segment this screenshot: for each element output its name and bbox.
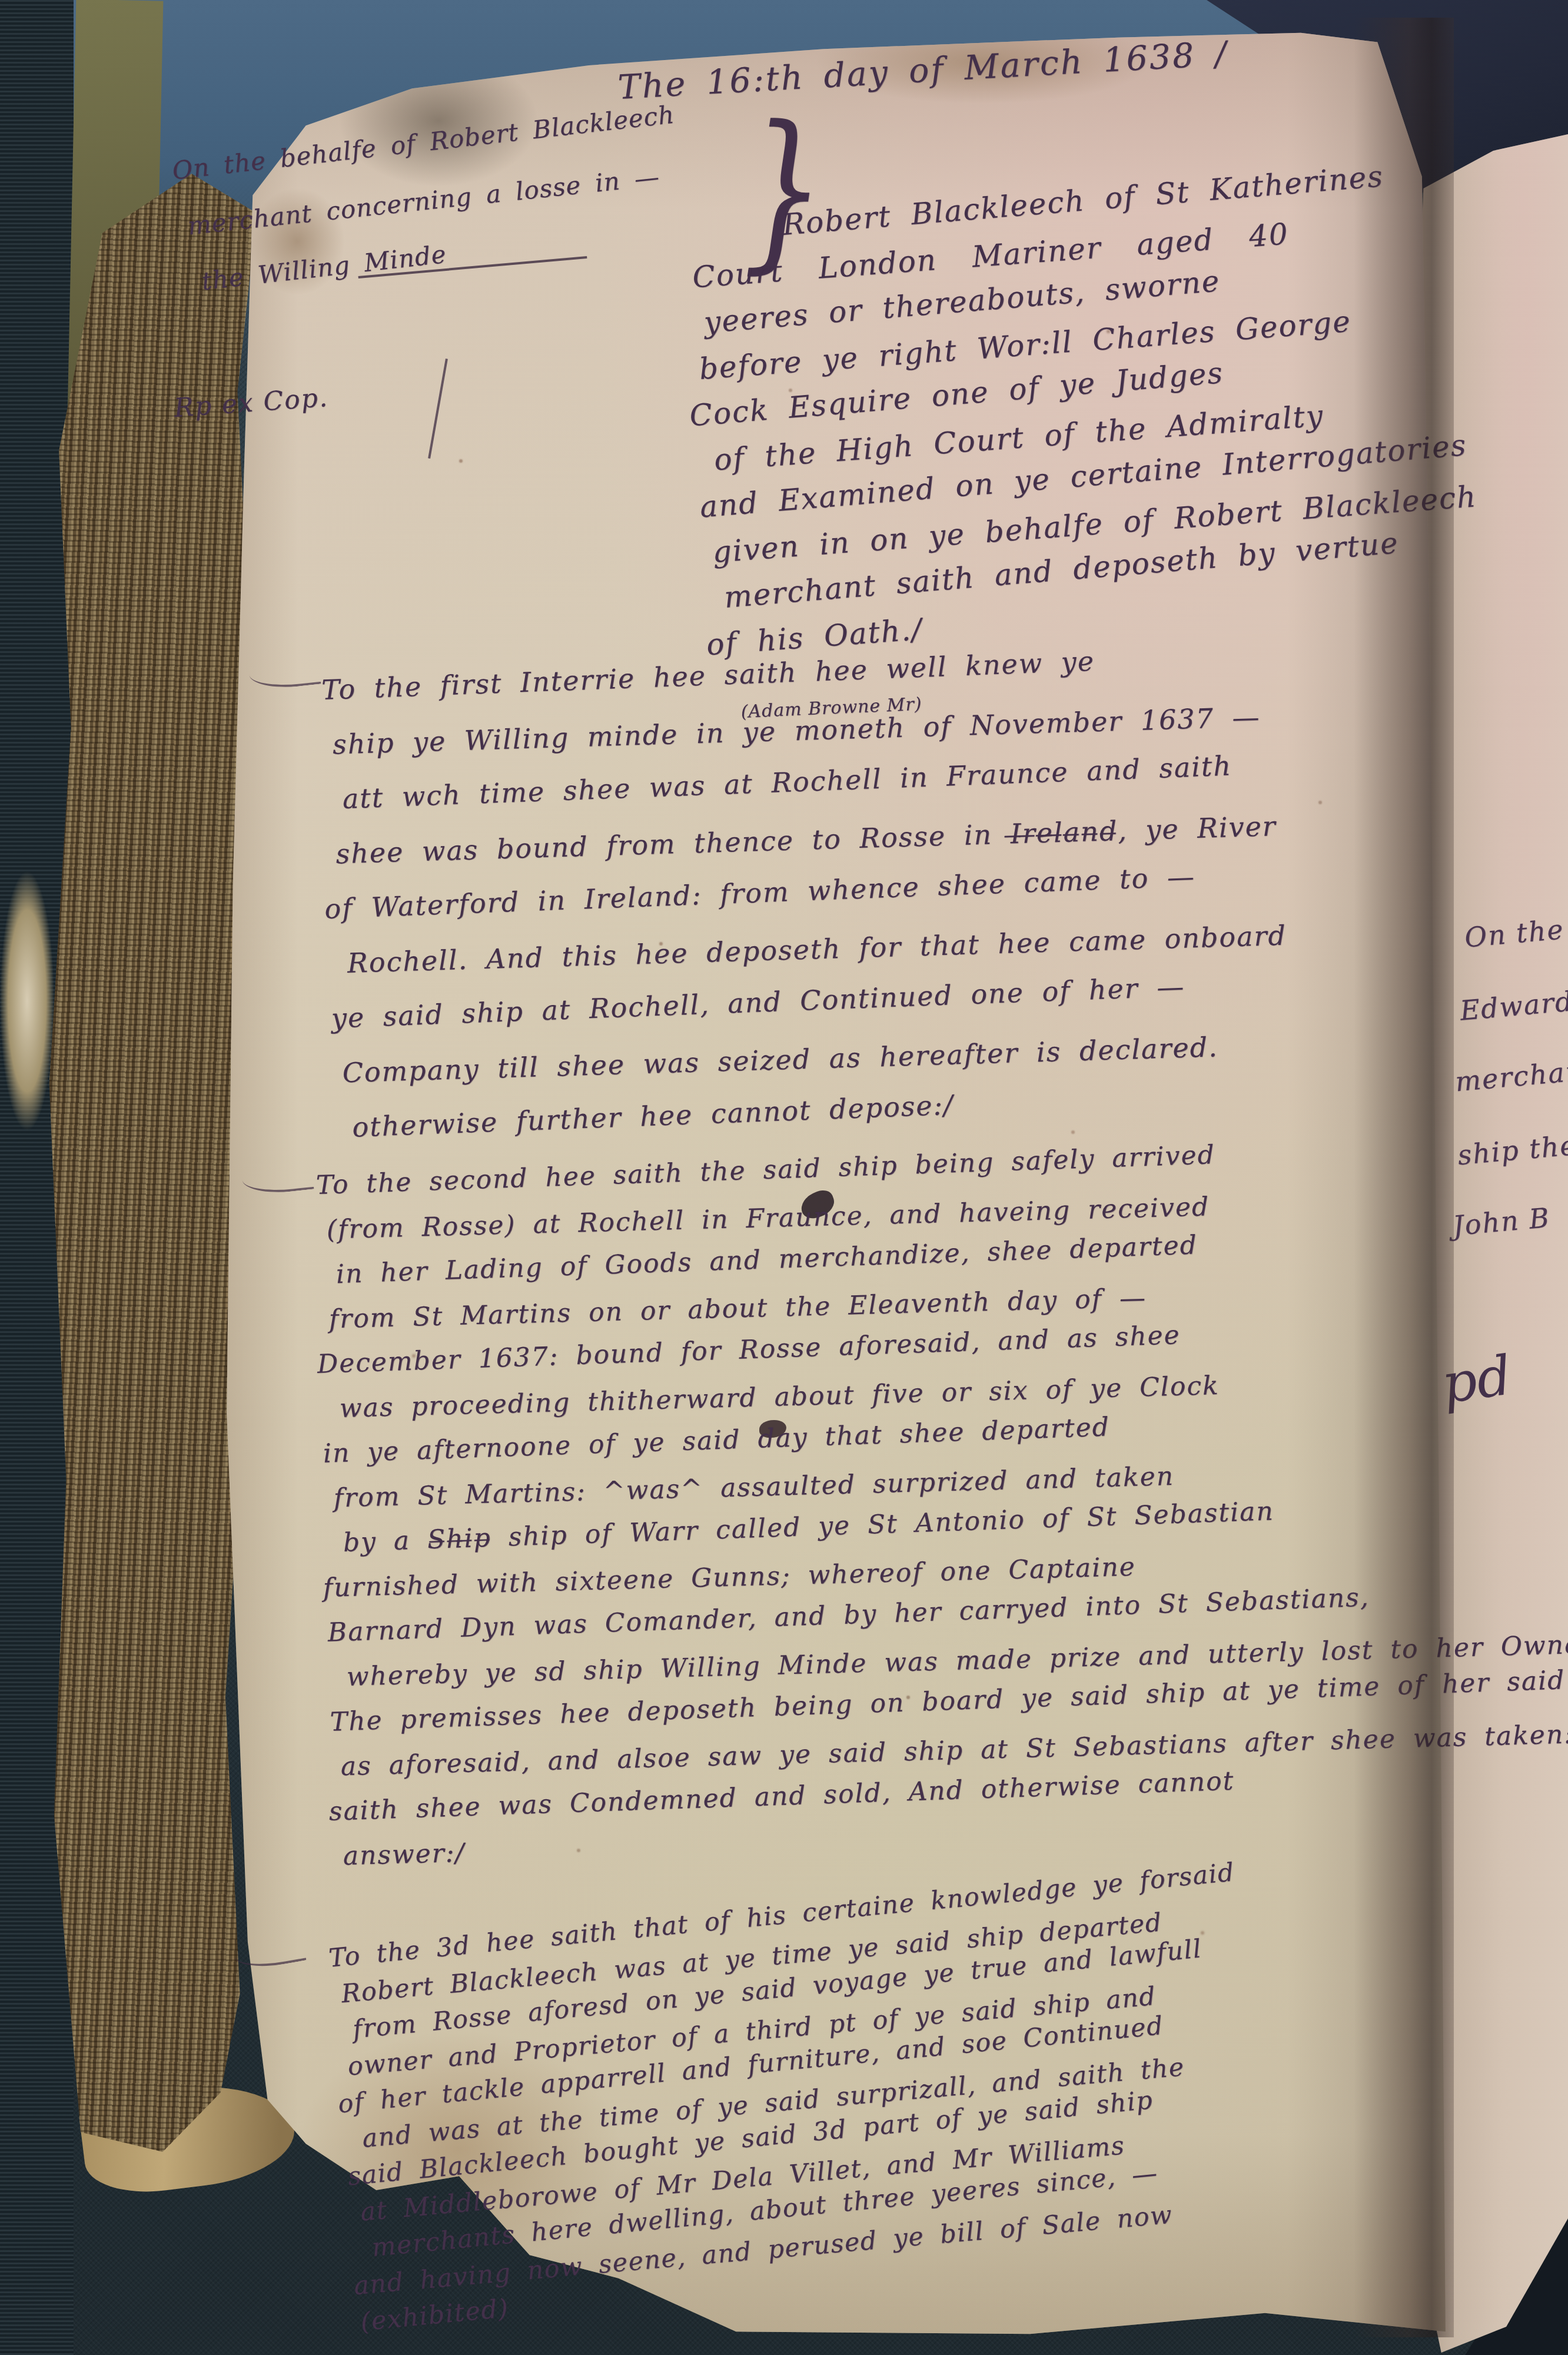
manuscript-text-layer: The 16:th day of March 1638 / On the beh… [0, 0, 1568, 2355]
deposition-opening: Robert Blackleech of St KatherinesCourt … [678, 153, 1485, 668]
paragraph-flourish [232, 1937, 306, 1972]
exam-margin-note: Rp ex Cop. [173, 383, 329, 423]
margin-slash-mark [428, 359, 448, 459]
answer-third-interrogatory: To the 3d hee saith that of his certaine… [327, 1861, 1268, 2340]
paragraph-flourish [248, 661, 321, 691]
margin-case-note: On the behalfe of Robert Blackleechmerch… [170, 90, 690, 311]
answer-second-interrogatory: To the second hee saith the said ship be… [315, 1126, 1568, 1879]
date-heading: The 16:th day of March 1638 / [617, 34, 1229, 107]
paragraph-flourish [241, 1166, 314, 1196]
